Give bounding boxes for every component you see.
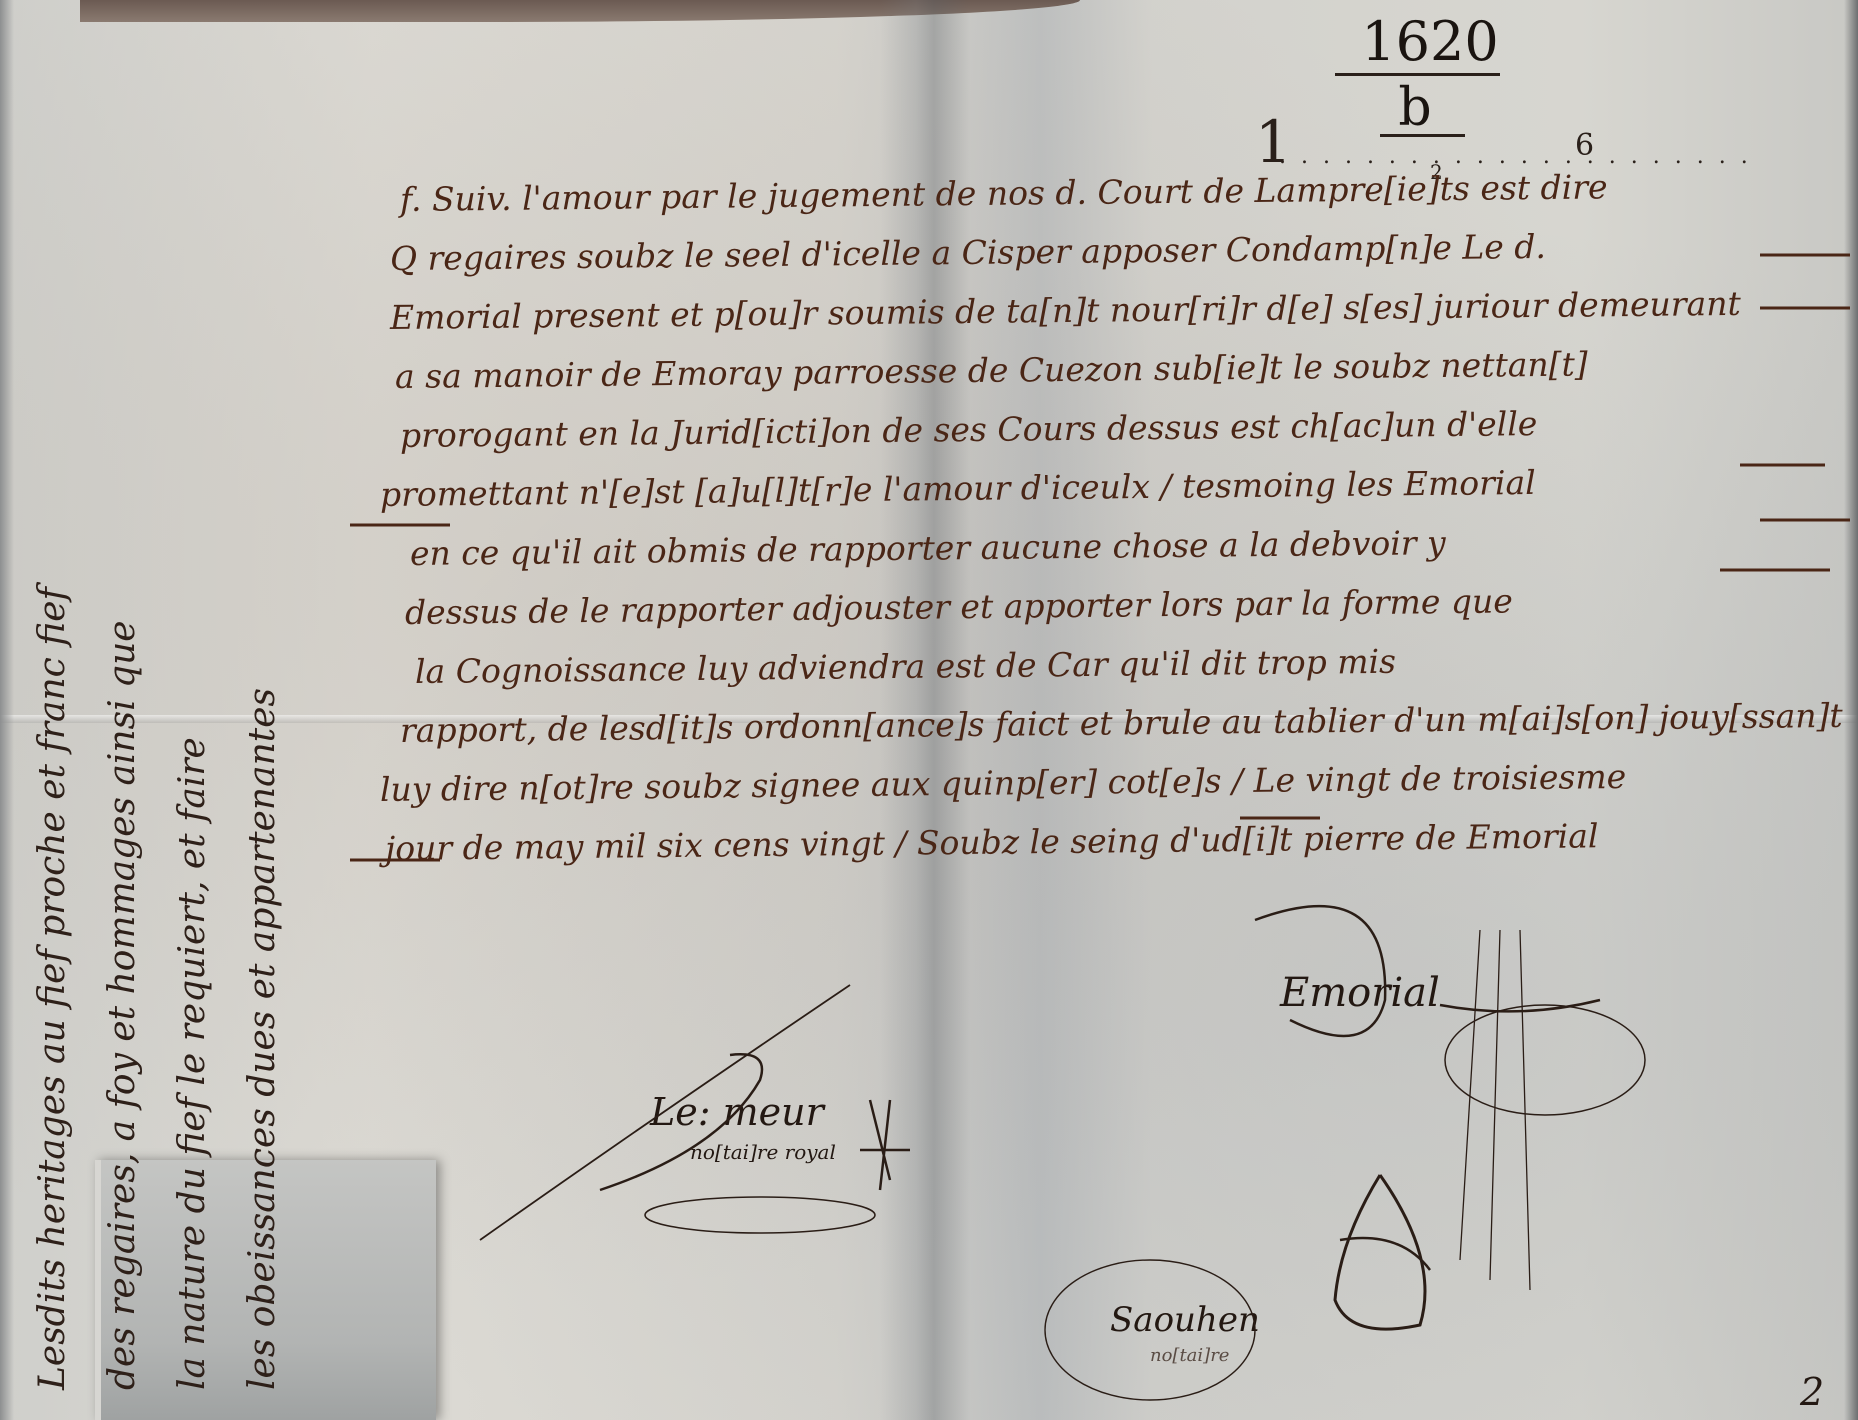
signature-emorial: Emorial	[1280, 970, 1440, 1016]
right-edge-shadow	[1844, 0, 1858, 1420]
marginal-note-line: les obeissances dues et appartenantes	[228, 60, 298, 1390]
manuscript-body: f. Suiv. l'amour par le jugement de nos …	[400, 170, 1840, 878]
marginal-note-line: Lesdits heritages au fief proche et fran…	[18, 60, 88, 1390]
left-edge-shadow	[0, 0, 14, 1420]
signature-notary-title: no[tai]re royal	[690, 1140, 836, 1164]
marginal-note-line: des regaires, a foy et hommages ainsi qu…	[88, 60, 158, 1390]
reference-rule	[1335, 73, 1500, 76]
signature-notary-lemeur: Le: meur	[650, 1090, 824, 1134]
marginal-note: Lesdits heritages au fief proche et fran…	[18, 60, 288, 1390]
page-mark: 2	[1800, 1370, 1824, 1414]
reference-year: 1620	[1345, 10, 1515, 73]
signature-notary-title: no[tai]re	[1150, 1345, 1229, 1366]
signature-notary-saouhen: Saouhen	[1110, 1300, 1260, 1340]
marginal-note-line: la nature du fief le requiert, et faire	[158, 60, 228, 1390]
